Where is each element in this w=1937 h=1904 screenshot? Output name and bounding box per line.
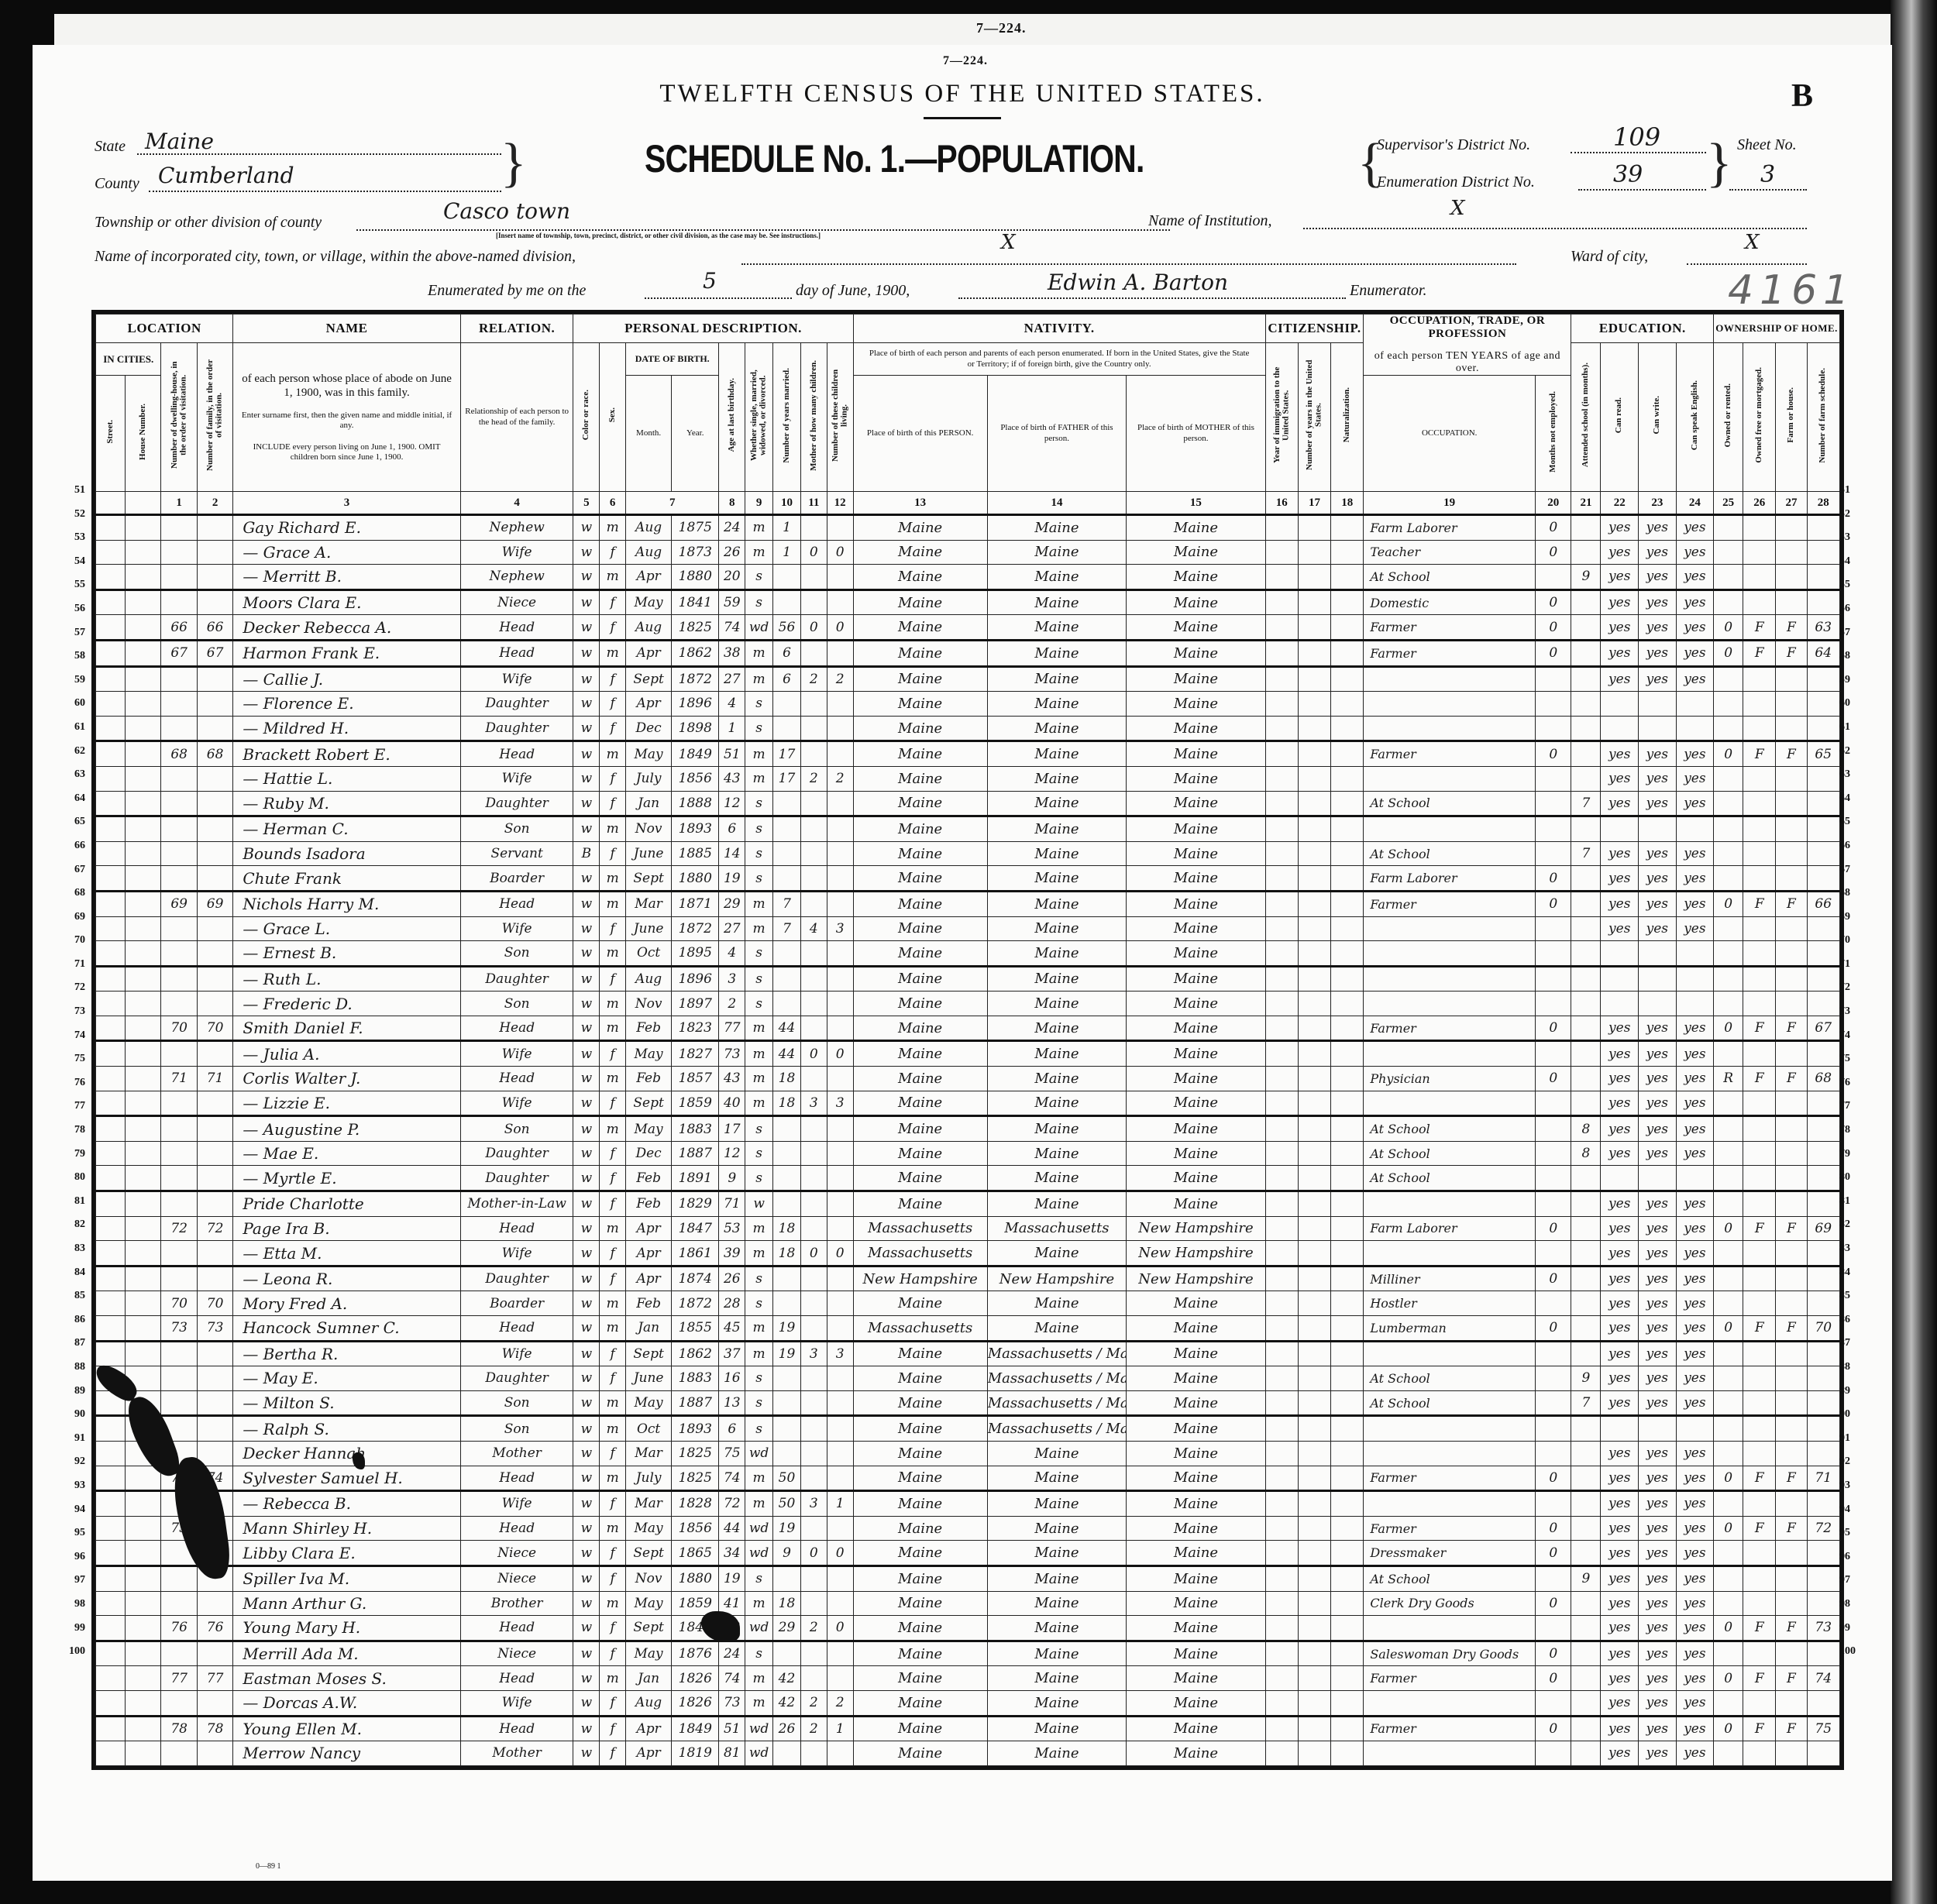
color-race: w [573, 766, 600, 791]
can-read [1601, 941, 1639, 967]
farm-or-house [1776, 1565, 1807, 1591]
line-number: 79 [60, 1143, 85, 1167]
age: 12 [719, 791, 745, 816]
years-in-us [1298, 1216, 1330, 1241]
line-number: 82 [60, 1213, 85, 1237]
naturalization [1331, 666, 1364, 692]
immigration-year [1265, 766, 1298, 791]
farm-or-house [1776, 1741, 1807, 1766]
color-race: w [573, 1690, 600, 1716]
age: 3 [719, 966, 745, 992]
immigration-year [1265, 1091, 1298, 1116]
months-unemployed [1536, 1390, 1571, 1416]
can-read [1601, 816, 1639, 842]
mother-of-children: 0 [800, 540, 827, 565]
attended-school [1571, 615, 1601, 641]
owned-rented [1714, 1041, 1743, 1067]
birthplace-person: Massachusetts [853, 1316, 987, 1342]
naturalization [1331, 1716, 1364, 1741]
group-citizenship: CITIZENSHIP. [1265, 314, 1364, 343]
can-speak-english: yes [1676, 589, 1714, 615]
birthplace-person: Maine [853, 1341, 987, 1366]
can-write: yes [1639, 1641, 1677, 1666]
owned-rented [1714, 1091, 1743, 1116]
immigration-year [1265, 1516, 1298, 1541]
owned-free-mortgaged [1743, 992, 1776, 1016]
farm-schedule-number [1807, 1366, 1840, 1391]
owned-rented: 0 [1714, 1016, 1743, 1041]
sex: m [600, 1390, 626, 1416]
sex: f [600, 1690, 626, 1716]
children-living [827, 716, 853, 741]
months-unemployed [1536, 716, 1571, 741]
person-name: — Milton S. [233, 1390, 460, 1416]
owned-free-mortgaged [1743, 816, 1776, 842]
marital-status: s [745, 966, 773, 992]
owned-free-mortgaged [1743, 1241, 1776, 1266]
sex: f [600, 791, 626, 816]
can-speak-english: yes [1676, 615, 1714, 641]
sex: f [600, 841, 626, 866]
years-in-us [1298, 716, 1330, 741]
can-write: yes [1639, 515, 1677, 541]
age: 14 [719, 841, 745, 866]
family-number-cell [197, 816, 232, 842]
birthplace-father: Maine [987, 891, 1126, 916]
birthplace-mother: Maine [1127, 1690, 1266, 1716]
relation: Nephew [460, 515, 573, 541]
children-living [827, 640, 853, 666]
immigration-year [1265, 666, 1298, 692]
years-married [773, 692, 801, 717]
children-living: 2 [827, 766, 853, 791]
mother-of-children [800, 1316, 827, 1342]
marital-status: s [745, 692, 773, 717]
can-read: yes [1601, 1390, 1639, 1416]
years-married [773, 1366, 801, 1391]
months-unemployed: 0 [1536, 615, 1571, 641]
relation: Son [460, 1116, 573, 1142]
birthplace-father: Maine [987, 1041, 1126, 1067]
line-number: 53 [60, 526, 85, 550]
group-education: EDUCATION. [1571, 314, 1714, 343]
owned-rented: 0 [1714, 1666, 1743, 1691]
relation: Head [460, 1466, 573, 1491]
immigration-year [1265, 515, 1298, 541]
house-number-cell [126, 1565, 161, 1591]
column-number: 3 [233, 492, 460, 515]
farm-schedule-number [1807, 1390, 1840, 1416]
birth-year: 1893 [672, 1416, 719, 1442]
children-living [827, 565, 853, 590]
owned-free-mortgaged [1743, 565, 1776, 590]
occupation [1364, 1091, 1536, 1116]
birthplace-person: Maine [853, 1366, 987, 1391]
table-row: 7373Hancock Sumner C.HeadwmJan185545m19M… [96, 1316, 1840, 1342]
table-row: Mann Arthur G.BrotherwmMay185941m18Maine… [96, 1591, 1840, 1616]
farm-or-house [1776, 841, 1807, 866]
owned-rented [1714, 916, 1743, 941]
birth-month: Jan [626, 1316, 672, 1342]
ward-field-line [1687, 263, 1807, 265]
birth-month: May [626, 741, 672, 767]
person-name: — Ralph S. [233, 1416, 460, 1442]
line-number: 94 [60, 1498, 85, 1522]
line-number: 84 [1839, 1261, 1870, 1285]
occupation: Farmer [1364, 1016, 1536, 1041]
color-race: w [573, 1291, 600, 1316]
line-number: 51 [1839, 479, 1870, 503]
owned-rented [1714, 1416, 1743, 1442]
family-number-cell: 67 [197, 640, 232, 666]
months-unemployed: 0 [1536, 741, 1571, 767]
table-row: — Julia A.WifewfMay182773m4400MaineMaine… [96, 1041, 1840, 1067]
can-write [1639, 716, 1677, 741]
farm-schedule-number: 71 [1807, 1466, 1840, 1491]
table-row: Gay Richard E.NephewwmAug187524m1MaineMa… [96, 515, 1840, 541]
children-living [827, 1416, 853, 1442]
age: 24 [719, 515, 745, 541]
can-read: yes [1601, 866, 1639, 892]
can-speak-english: yes [1676, 666, 1714, 692]
line-number: 74 [1839, 1024, 1870, 1048]
birth-year: 1847 [672, 1216, 719, 1241]
immigration-year [1265, 1690, 1298, 1716]
birth-month: Sept [626, 666, 672, 692]
relation: Head [460, 1666, 573, 1691]
enumeration-field-line [1578, 189, 1706, 191]
can-write: yes [1639, 1041, 1677, 1067]
line-number: 97 [1839, 1569, 1870, 1593]
can-speak-english: yes [1676, 891, 1714, 916]
owned-free-mortgaged [1743, 1690, 1776, 1716]
column-number: 1 [161, 492, 197, 515]
farm-schedule-number [1807, 1166, 1840, 1191]
house-number-cell [126, 992, 161, 1016]
line-numbers-left: 5152535455565758596061626364656667686970… [60, 479, 85, 1664]
house-number-cell [126, 1741, 161, 1766]
owned-free-mortgaged [1743, 1541, 1776, 1566]
owned-free-mortgaged [1743, 1390, 1776, 1416]
farm-or-house [1776, 1266, 1807, 1291]
years-in-us [1298, 791, 1330, 816]
birthplace-father: Maine [987, 1291, 1126, 1316]
occupation [1364, 1041, 1536, 1067]
birthplace-person: Maine [853, 692, 987, 717]
house-number-cell [126, 1341, 161, 1366]
birth-year: 1875 [672, 515, 719, 541]
birthplace-mother: Maine [1127, 1741, 1266, 1766]
relation: Head [460, 640, 573, 666]
birthplace-father: Maine [987, 816, 1126, 842]
years-in-us [1298, 692, 1330, 717]
birth-year: 1893 [672, 816, 719, 842]
sex: m [600, 941, 626, 967]
naturalization [1331, 589, 1364, 615]
age: 38 [719, 640, 745, 666]
birth-year: 1819 [672, 1741, 719, 1766]
naturalization [1331, 816, 1364, 842]
mother-of-children [800, 1416, 827, 1442]
county-value: Cumberland [158, 163, 294, 188]
farm-schedule-number [1807, 666, 1840, 692]
birth-year: 1861 [672, 1241, 719, 1266]
attended-school: 9 [1571, 565, 1601, 590]
can-speak-english: yes [1676, 1341, 1714, 1366]
naturalization [1331, 766, 1364, 791]
house-number-cell [126, 1591, 161, 1616]
column-number: 23 [1639, 492, 1677, 515]
immigration-year [1265, 615, 1298, 641]
occupation [1364, 666, 1536, 692]
years-in-us [1298, 1565, 1330, 1591]
years-married [773, 1266, 801, 1291]
person-name: — Julia A. [233, 1041, 460, 1067]
months-unemployed [1536, 966, 1571, 992]
owned-rented [1714, 1690, 1743, 1716]
color-race: w [573, 1241, 600, 1266]
years-married: 42 [773, 1690, 801, 1716]
naturalization [1331, 716, 1364, 741]
can-read [1601, 992, 1639, 1016]
table-row: 7777Eastman Moses S.HeadwmJan182674m42Ma… [96, 1666, 1840, 1691]
can-write: yes [1639, 540, 1677, 565]
occupation: Farm Laborer [1364, 1216, 1536, 1241]
age: 20 [719, 565, 745, 590]
occupation [1364, 1341, 1536, 1366]
months-unemployed: 0 [1536, 866, 1571, 892]
farm-schedule-number: 64 [1807, 640, 1840, 666]
person-name: Merrow Nancy [233, 1741, 460, 1766]
occupation [1364, 816, 1536, 842]
sex: m [600, 1516, 626, 1541]
line-number: 76 [60, 1071, 85, 1095]
immigration-year [1265, 992, 1298, 1016]
farm-schedule-number [1807, 589, 1840, 615]
years-in-us [1298, 1291, 1330, 1316]
sex: f [600, 1616, 626, 1641]
dwelling-number-cell [161, 816, 197, 842]
table-row: — Augustine P.SonwmMay188317sMaineMaineM… [96, 1116, 1840, 1142]
birthplace-person: Maine [853, 741, 987, 767]
birthplace-person: Maine [853, 1191, 987, 1217]
line-number: 74 [60, 1024, 85, 1048]
owned-free-mortgaged: F [1743, 1716, 1776, 1741]
birthplace-mother: New Hampshire [1127, 1266, 1266, 1291]
street-cell [96, 1191, 126, 1217]
can-read: yes [1601, 1067, 1639, 1091]
dwelling-number-cell [161, 1141, 197, 1166]
occupation: At School [1364, 791, 1536, 816]
birth-month: Sept [626, 1091, 672, 1116]
column-number: 18 [1331, 492, 1364, 515]
table-row: Pride CharlotteMother-in-LawwfFeb182971w… [96, 1191, 1840, 1217]
line-number: 86 [60, 1308, 85, 1332]
dwelling-number-cell [161, 992, 197, 1016]
birthplace-mother: Maine [1127, 1141, 1266, 1166]
naturalization [1331, 1341, 1364, 1366]
birthplace-mother: Maine [1127, 1091, 1266, 1116]
column-number: 5 [573, 492, 600, 515]
owned-rented: 0 [1714, 891, 1743, 916]
owned-rented [1714, 1441, 1743, 1466]
can-write: yes [1639, 1591, 1677, 1616]
years-in-us [1298, 666, 1330, 692]
birthplace-mother: Maine [1127, 1565, 1266, 1591]
years-married: 1 [773, 515, 801, 541]
street-cell [96, 1067, 126, 1091]
dwelling-number-cell: 73 [161, 1316, 197, 1342]
owned-free-mortgaged [1743, 1741, 1776, 1766]
attended-school [1571, 1016, 1601, 1041]
marital-status: wd [745, 1616, 773, 1641]
birthplace-father: Massachusetts / Maine [987, 1416, 1126, 1442]
table-row: — Myrtle E.DaughterwfFeb18919sMaineMaine… [96, 1166, 1840, 1191]
street-cell [96, 1041, 126, 1067]
occupation-desc: of each person TEN YEARS of age and over… [1364, 350, 1571, 375]
birth-year: 1855 [672, 1316, 719, 1342]
birthplace-mother: Maine [1127, 891, 1266, 916]
birth-year: 1887 [672, 1390, 719, 1416]
naturalization [1331, 640, 1364, 666]
brace-district-right: } [1706, 136, 1732, 191]
attended-school [1571, 866, 1601, 892]
birth-month: Apr [626, 565, 672, 590]
house-number-cell [126, 1041, 161, 1067]
owned-free-mortgaged: F [1743, 1466, 1776, 1491]
mother-of-children [800, 1466, 827, 1491]
farm-schedule-number [1807, 1116, 1840, 1142]
can-read: yes [1601, 1191, 1639, 1217]
birthplace-person: Maine [853, 916, 987, 941]
farm-schedule-number [1807, 941, 1840, 967]
line-number: 92 [60, 1450, 85, 1474]
marital-status: m [745, 1041, 773, 1067]
farm-schedule-number [1807, 791, 1840, 816]
line-number: 66 [60, 834, 85, 858]
children-living: 2 [827, 1690, 853, 1716]
years-in-us [1298, 1416, 1330, 1442]
birth-year: 1862 [672, 1341, 719, 1366]
naturalization [1331, 1441, 1364, 1466]
relation: Servant [460, 841, 573, 866]
naturalization [1331, 692, 1364, 717]
birthplace-mother: Maine [1127, 692, 1266, 717]
birthplace-mother: Maine [1127, 1016, 1266, 1041]
marital-status: s [745, 841, 773, 866]
birth-year: 1885 [672, 841, 719, 866]
house-number-cell [126, 615, 161, 641]
can-speak-english: yes [1676, 1466, 1714, 1491]
can-speak-english: yes [1676, 791, 1714, 816]
attended-school: 8 [1571, 1141, 1601, 1166]
color-race: w [573, 1591, 600, 1616]
birth-year: 1857 [672, 1067, 719, 1091]
age: 73 [719, 1041, 745, 1067]
relation: Daughter [460, 1266, 573, 1291]
sex: m [600, 515, 626, 541]
street-cell [96, 1166, 126, 1191]
birth-year: 1896 [672, 966, 719, 992]
sex: f [600, 1366, 626, 1391]
dwelling-number-cell [161, 1166, 197, 1191]
line-number: 54 [1839, 550, 1870, 574]
family-number-cell [197, 540, 232, 565]
birth-year: 1865 [672, 1541, 719, 1566]
farm-schedule-number [1807, 1565, 1840, 1591]
can-write: yes [1639, 1116, 1677, 1142]
naturalization [1331, 1416, 1364, 1442]
street-cell [96, 841, 126, 866]
naturalization [1331, 1516, 1364, 1541]
occupation: Farmer [1364, 891, 1536, 916]
years-in-us [1298, 515, 1330, 541]
line-number: 83 [1839, 1237, 1870, 1261]
birthplace-person: Massachusetts [853, 1241, 987, 1266]
house-number-cell [126, 1616, 161, 1641]
line-number: 77 [60, 1095, 85, 1119]
footer-code: 0—89 1 [256, 1862, 281, 1871]
owned-free-mortgaged [1743, 841, 1776, 866]
color-race: w [573, 1316, 600, 1342]
relation: Niece [460, 589, 573, 615]
farm-or-house: F [1776, 1216, 1807, 1241]
attended-school [1571, 1716, 1601, 1741]
owned-free-mortgaged [1743, 1091, 1776, 1116]
relation: Wife [460, 1091, 573, 1116]
county-label: County [95, 175, 139, 193]
marital-status: s [745, 1565, 773, 1591]
birthplace-mother: New Hampshire [1127, 1241, 1266, 1266]
house-number-cell [126, 966, 161, 992]
years-in-us [1298, 941, 1330, 967]
family-number-cell: 70 [197, 1291, 232, 1316]
children-living [827, 1565, 853, 1591]
line-number: 97 [60, 1569, 85, 1593]
can-read: yes [1601, 1266, 1639, 1291]
table-row: — May E.DaughterwfJune188316sMaineMassac… [96, 1366, 1840, 1391]
supervisor-value: 109 [1613, 122, 1660, 152]
person-name: Corlis Walter J. [233, 1067, 460, 1091]
family-number-cell: 68 [197, 741, 232, 767]
years-in-us [1298, 1441, 1330, 1466]
owned-rented [1714, 992, 1743, 1016]
mother-of-children [800, 791, 827, 816]
col-years-in-us: Number of years in the United States. [1298, 343, 1330, 492]
house-number-cell [126, 841, 161, 866]
children-living [827, 1166, 853, 1191]
dwelling-number-cell [161, 1690, 197, 1716]
owned-free-mortgaged [1743, 1641, 1776, 1666]
children-living: 1 [827, 1716, 853, 1741]
age: 28 [719, 1291, 745, 1316]
birthplace-person: Maine [853, 1641, 987, 1666]
months-unemployed [1536, 766, 1571, 791]
relation: Head [460, 1016, 573, 1041]
nativity-desc: Place of birth of each person and parent… [853, 343, 1265, 376]
house-number-cell [126, 1316, 161, 1342]
owned-rented [1714, 1141, 1743, 1166]
age: 43 [719, 1067, 745, 1091]
col-name-desc: of each person whose place of abode on J… [233, 343, 460, 492]
years-in-us [1298, 540, 1330, 565]
relation: Son [460, 1390, 573, 1416]
house-number-cell [126, 565, 161, 590]
marital-status: m [745, 1067, 773, 1091]
dwelling-number-cell: 66 [161, 615, 197, 641]
table-row: — Grace L.WifewfJune187227m743MaineMaine… [96, 916, 1840, 941]
years-married: 6 [773, 640, 801, 666]
